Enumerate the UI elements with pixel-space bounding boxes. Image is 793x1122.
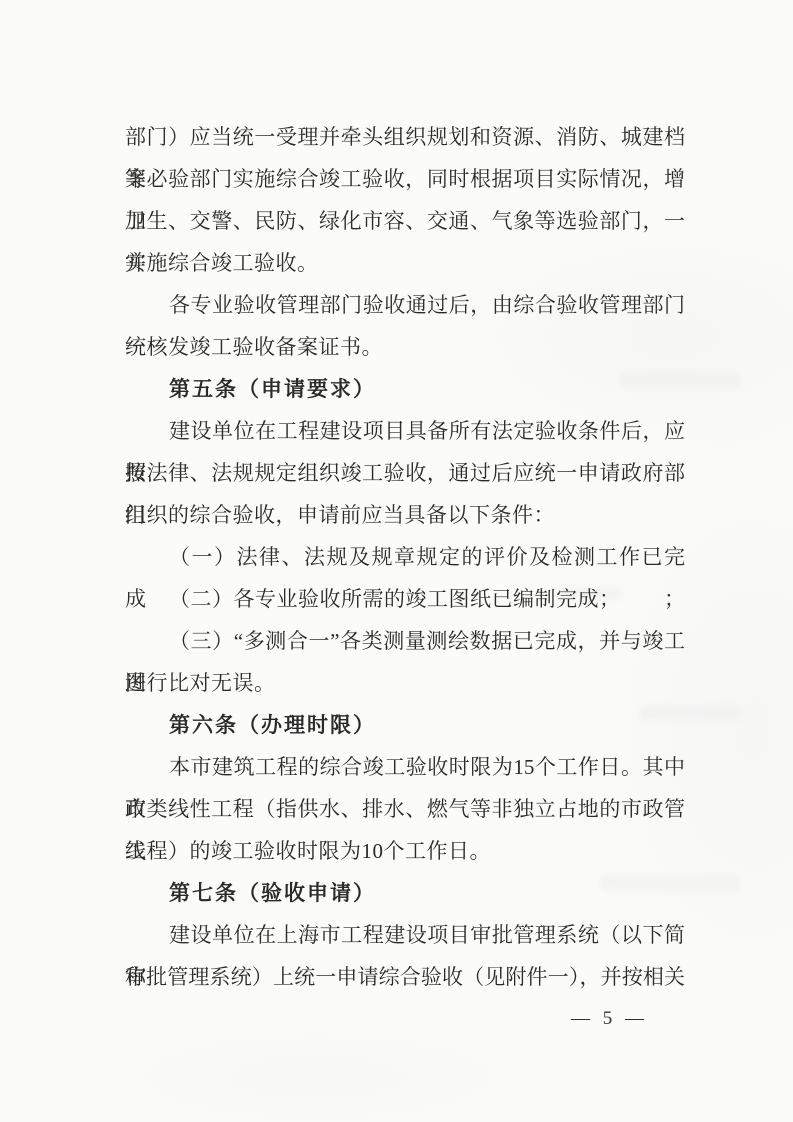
text-line: 建设单位在工程建设项目具备所有法定验收条件后，应按 — [125, 410, 685, 452]
text-line: 审批管理系统）上统一申请综合验收（见附件一），并按相关 — [125, 956, 685, 998]
text-line: 部门）应当统一受理并牵头组织规划和资源、消防、城建档案 — [125, 116, 685, 158]
article-heading: 第七条（验收申请） — [125, 872, 685, 914]
article-heading: 第六条（办理时限） — [125, 704, 685, 746]
document-body: 部门）应当统一受理并牵头组织规划和资源、消防、城建档案 等必验部门实施综合竣工验… — [125, 116, 685, 998]
text-line: 一核发竣工验收备案证书。 — [125, 326, 685, 368]
text-line: 工程）的竣工验收时限为10个工作日。 — [125, 830, 685, 872]
text-line: 政类线性工程（指供水、排水、燃气等非独立占地的市政管线 — [125, 788, 685, 830]
text-line: 进行比对无误。 — [125, 662, 685, 704]
text-line: （一）法律、法规及规章规定的评价及检测工作已完成； — [125, 536, 685, 578]
text-line: 建设单位在上海市工程建设项目审批管理系统（以下简称 — [125, 914, 685, 956]
text-line: 照法律、法规规定组织竣工验收，通过后应统一申请政府部门 — [125, 452, 685, 494]
text-line: （三）“多测合一”各类测量测绘数据已完成，并与竣工图 — [125, 620, 685, 662]
text-line: 组织的综合验收，申请前应当具备以下条件： — [125, 494, 685, 536]
article-heading: 第五条（申请要求） — [125, 368, 685, 410]
text-line: 本市建筑工程的综合竣工验收时限为15个工作日。其中市 — [125, 746, 685, 788]
page-number: — 5 — — [571, 998, 648, 1040]
text-line: 卫生、交警、民防、绿化市容、交通、气象等选验部门，一并 — [125, 200, 685, 242]
text-line: （二）各专业验收所需的竣工图纸已编制完成； — [125, 578, 685, 620]
text-line: 各专业验收管理部门验收通过后，由综合验收管理部门统 — [125, 284, 685, 326]
document-page: 部门）应当统一受理并牵头组织规划和资源、消防、城建档案 等必验部门实施综合竣工验… — [0, 0, 793, 1122]
text-line: 实施综合竣工验收。 — [125, 242, 685, 284]
text-line: 等必验部门实施综合竣工验收，同时根据项目实际情况，增加 — [125, 158, 685, 200]
